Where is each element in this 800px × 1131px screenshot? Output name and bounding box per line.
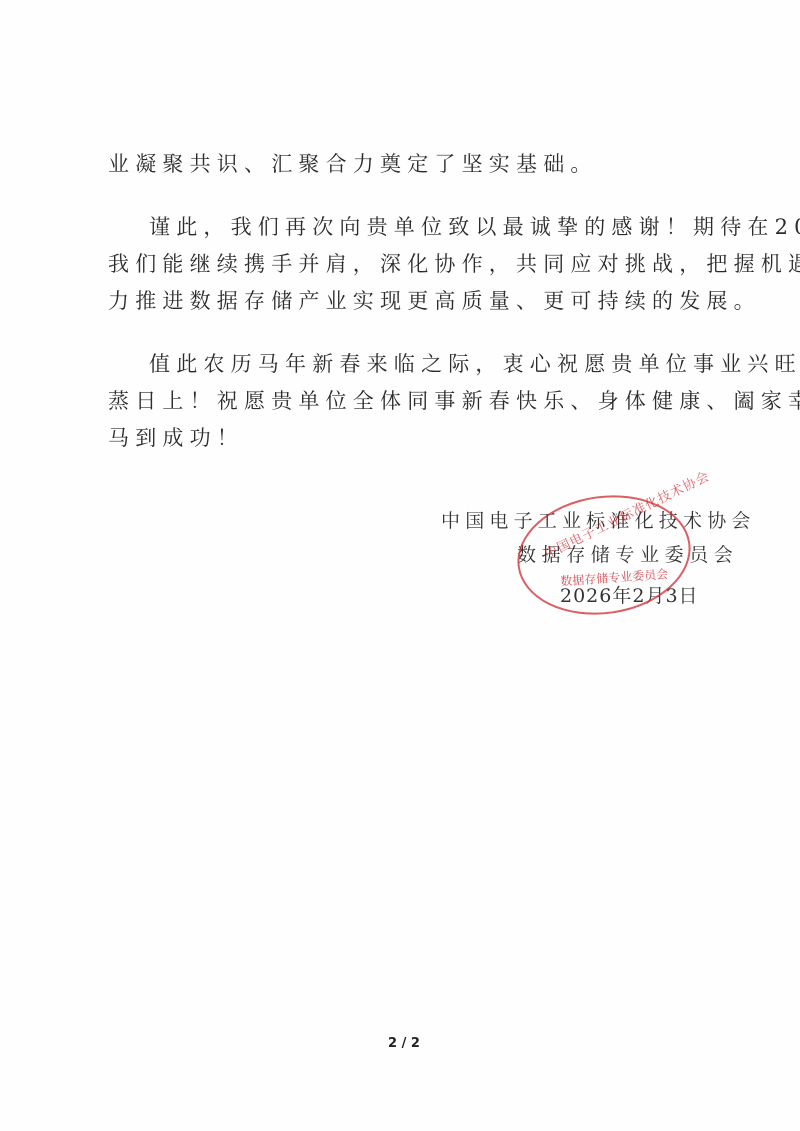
paragraph-3-line-3: 马到成功！ [108,424,244,452]
paragraph-3-line-2: 蒸日上！祝愿贵单位全体同事新春快乐、身体健康、阖家幸福、 [108,387,800,415]
paragraph-2-line-2: 我们能继续携手并肩，深化协作，共同应对挑战，把握机遇，全 [108,250,800,278]
page-number: 2 / 2 [388,1036,420,1051]
document-page: 业凝聚共识、汇聚合力奠定了坚实基础。 谨此，我们再次向贵单位致以最诚挚的感谢！期… [0,0,800,1131]
paragraph-1-line-1: 业凝聚共识、汇聚合力奠定了坚实基础。 [108,150,598,178]
seal-inner-text: 数据存储专业委员会 [560,565,669,589]
paragraph-2-line-1: 谨此，我们再次向贵单位致以最诚挚的感谢！期待在2026年， [149,213,800,241]
paragraph-3-line-1: 值此农历马年新春来临之际，衷心祝愿贵单位事业兴旺、蒸 [149,350,800,378]
paragraph-2-line-3: 力推进数据存储产业实现更高质量、更可持续的发展。 [108,287,761,315]
